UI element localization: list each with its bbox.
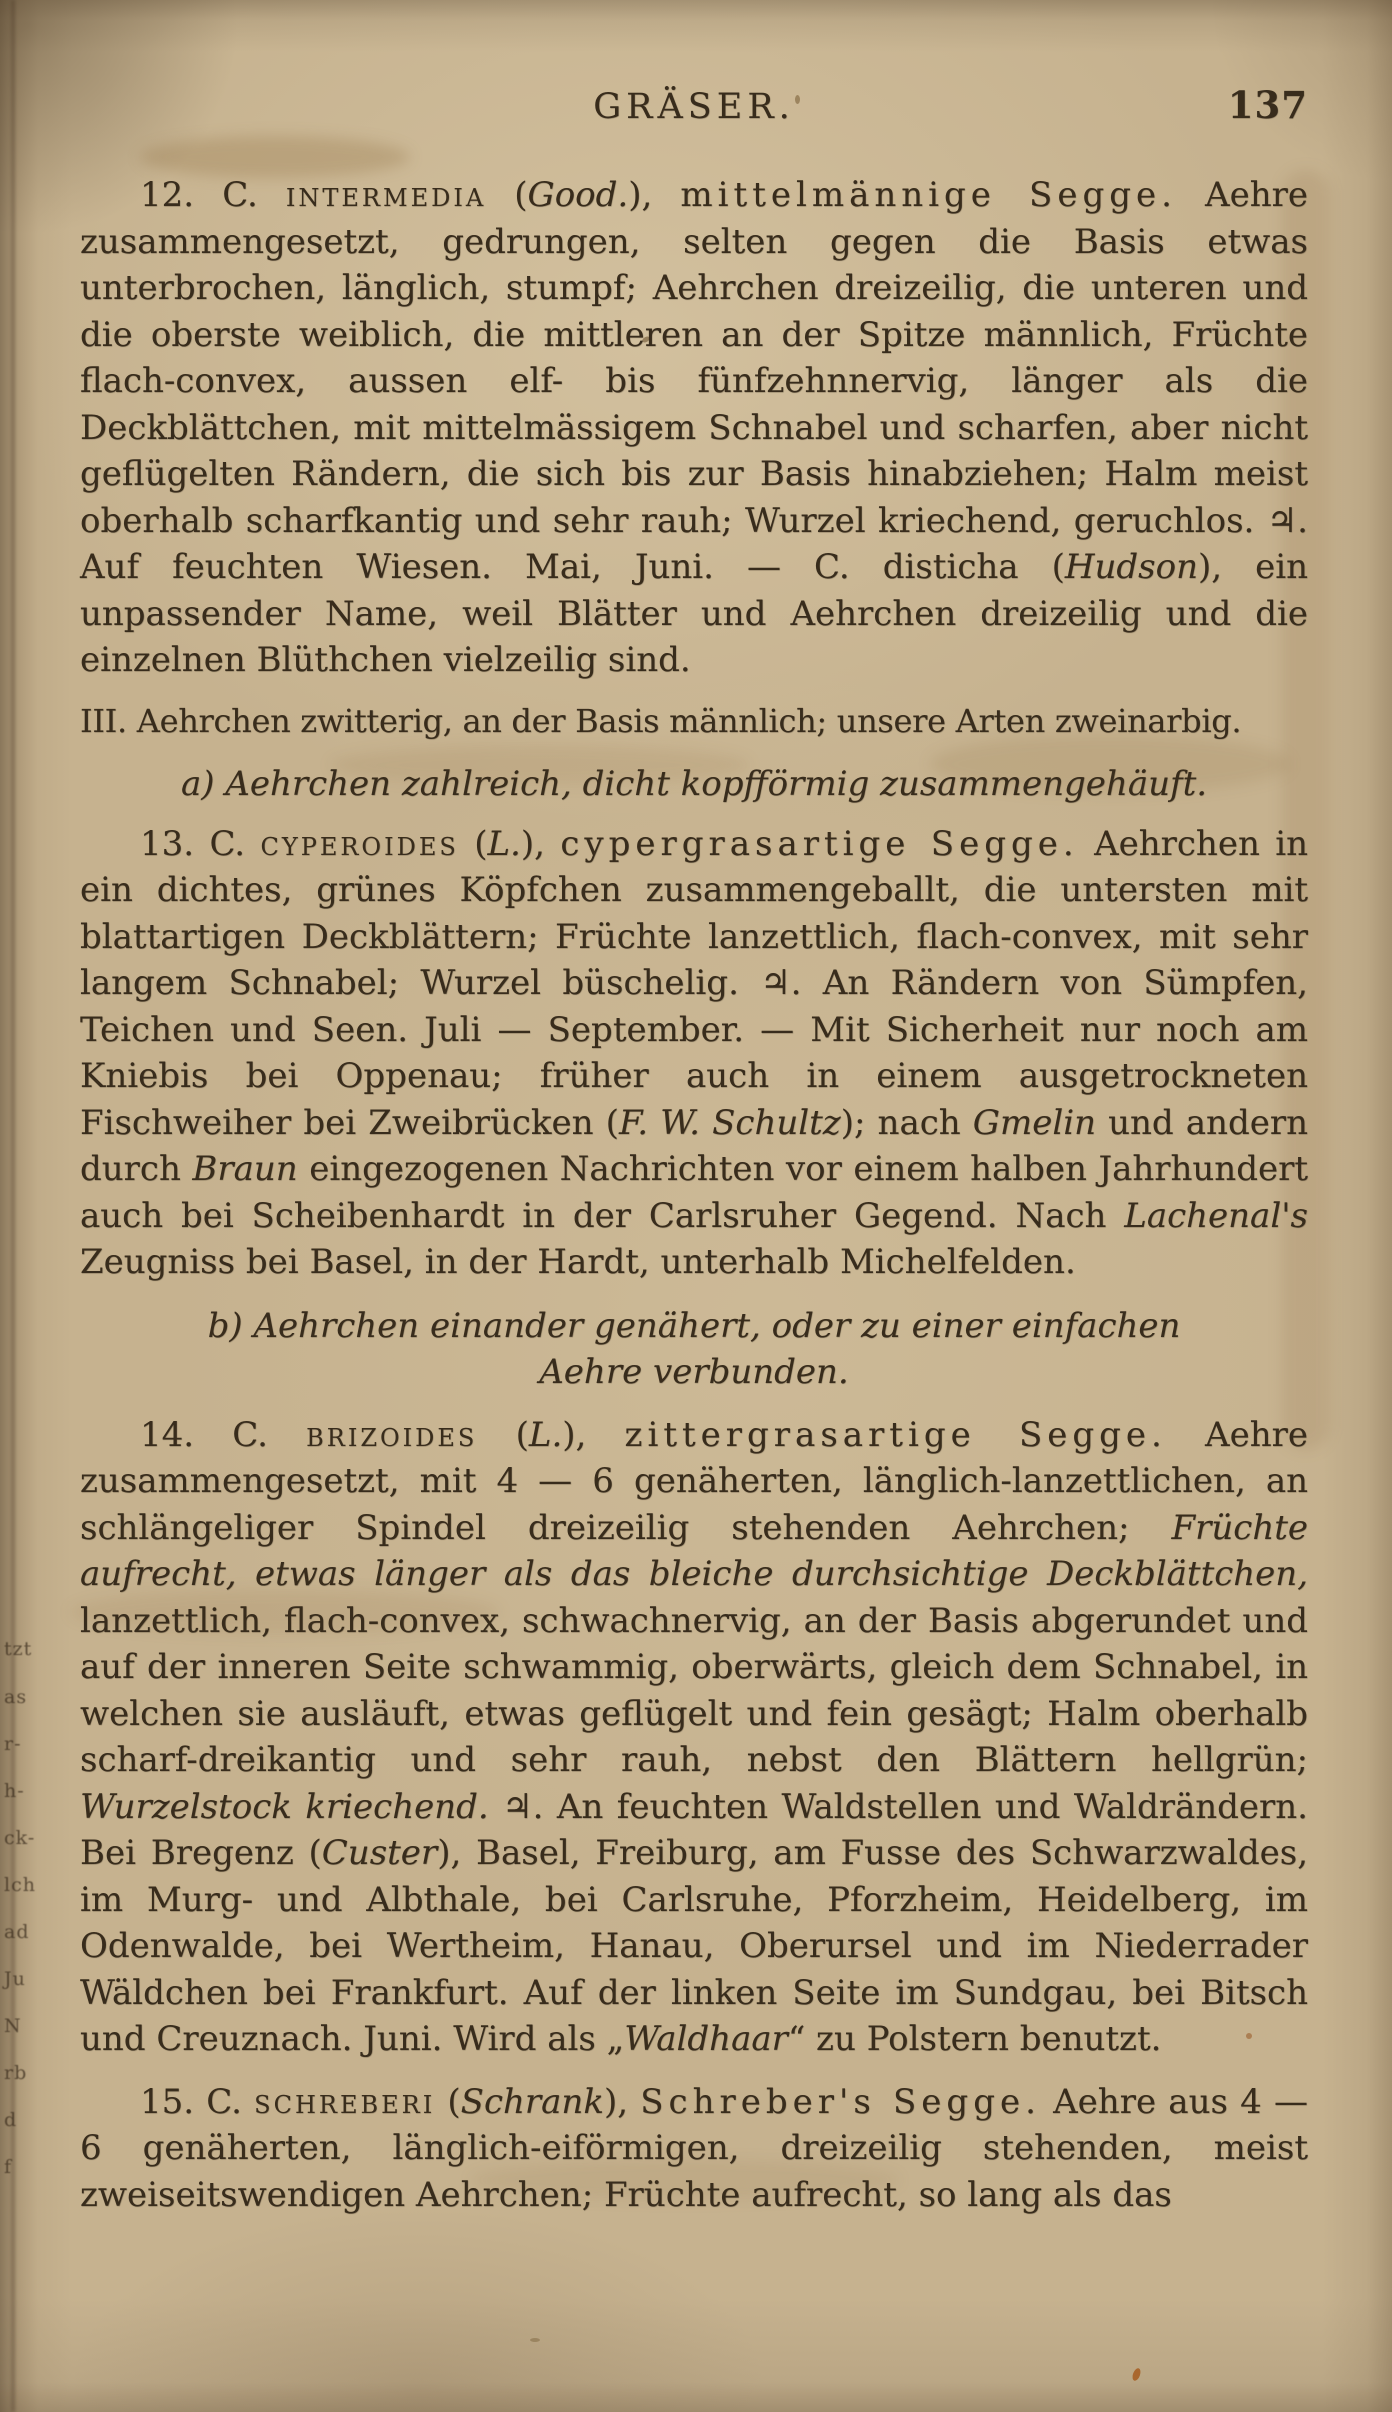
edge-text-fragment: f [4, 2156, 12, 2178]
edge-text-fragment: rb [4, 2062, 27, 2084]
punctuation: ( [459, 824, 488, 864]
paper-speck [530, 2338, 540, 2342]
collector-name: Gmelin [973, 1103, 1096, 1143]
authority: Good. [528, 175, 629, 215]
species-number: 13. C. [140, 824, 260, 864]
species-entry-13: 13. C. cyperoides (L.), cypergrasartige … [80, 821, 1308, 1286]
subsection-b-heading: b) Aehrchen einander genähert, oder zu e… [154, 1303, 1234, 1396]
paper-speck [1131, 2367, 1142, 2382]
german-common-name: cypergrasartige Segge. [560, 824, 1078, 864]
edge-text-fragment: r- [4, 1733, 22, 1755]
text-block: GRÄSER. 137 12. C. intermedia (Good.), m… [80, 84, 1308, 2218]
authority: Schrank [461, 2082, 604, 2122]
page-heading: GRÄSER. [593, 87, 795, 127]
edge-text-fragment: d [4, 2109, 17, 2131]
punctuation: ), [628, 175, 680, 215]
authority: L. [529, 1415, 562, 1455]
species-number: 14. C. [140, 1415, 306, 1455]
german-common-name: Schreber's Segge. [640, 2082, 1041, 2122]
diagnostic-phrase: Wurzelstock kriechend. [80, 1787, 489, 1827]
vernacular-term: Waldhaar [624, 2019, 788, 2059]
running-header: GRÄSER. 137 [80, 84, 1308, 128]
description: Zeugniss bei Basel, in der Hardt, unterh… [80, 1242, 1076, 1282]
authority: Hudson [1065, 547, 1198, 587]
collector-name: F. W. Schultz [619, 1103, 841, 1143]
description: ); nach [841, 1103, 973, 1143]
species-number: 15. C. [140, 2082, 254, 2122]
edge-text-fragment: N [4, 2015, 22, 2037]
punctuation: ), [521, 824, 560, 864]
description: Aehre zusammengesetzt, gedrungen, selten… [80, 175, 1308, 587]
edge-text-fragment: lch [4, 1874, 36, 1896]
punctuation: ), [604, 2082, 640, 2122]
species-entry-14: 14. C. brizoides (L.), zittergrasartige … [80, 1412, 1308, 2063]
page-number: 137 [1228, 82, 1308, 129]
punctuation: ), [562, 1415, 624, 1455]
species-epithet: brizoides [306, 1415, 477, 1455]
species-epithet: cyperoides [260, 824, 458, 864]
species-number: 12. C. [140, 175, 286, 215]
edge-text-fragment: ad [4, 1921, 30, 1943]
species-entry-12: 12. C. intermedia (Good.), mittelmännige… [80, 172, 1308, 684]
book-page: tzt as r- h- ck- lch ad Ju N rb d f GRÄS… [0, 0, 1392, 2412]
section-heading-iii: III. Aehrchen zwitterig, an der Basis mä… [80, 698, 1308, 745]
page-gutter-crease [11, 0, 15, 2412]
edge-text-fragment: h- [4, 1780, 25, 1802]
collector-name: Braun [192, 1149, 297, 1189]
edge-text-fragment: as [4, 1686, 27, 1708]
edge-text-fragment: Ju [4, 1968, 26, 1990]
edge-text-fragment: tzt [4, 1638, 32, 1660]
punctuation: ( [435, 2082, 461, 2122]
description: lanzettlich, flach-convex, schwachnervig… [80, 1601, 1308, 1781]
collector-name: Custer [322, 1833, 437, 1873]
edge-text-fragment: ck- [4, 1827, 35, 1849]
collector-name: Lachenal's [1124, 1196, 1308, 1236]
punctuation: ( [477, 1415, 529, 1455]
german-common-name: zittergrasartige Segge. [625, 1415, 1167, 1455]
german-common-name: mittelmännige Segge. [680, 175, 1177, 215]
punctuation: ( [486, 175, 527, 215]
subsection-a-heading: a) Aehrchen zahlreich, dicht kopfförmig … [80, 761, 1308, 808]
species-epithet: schreberi [254, 2082, 435, 2122]
species-entry-15: 15. C. schreberi (Schrank), Schreber's S… [80, 2079, 1308, 2219]
description: Aehrchen in ein dichtes, grünes Köpfchen… [80, 824, 1308, 1143]
species-epithet: intermedia [286, 175, 486, 215]
description: “ zu Polstern benutzt. [788, 2019, 1162, 2059]
authority: L. [487, 824, 520, 864]
